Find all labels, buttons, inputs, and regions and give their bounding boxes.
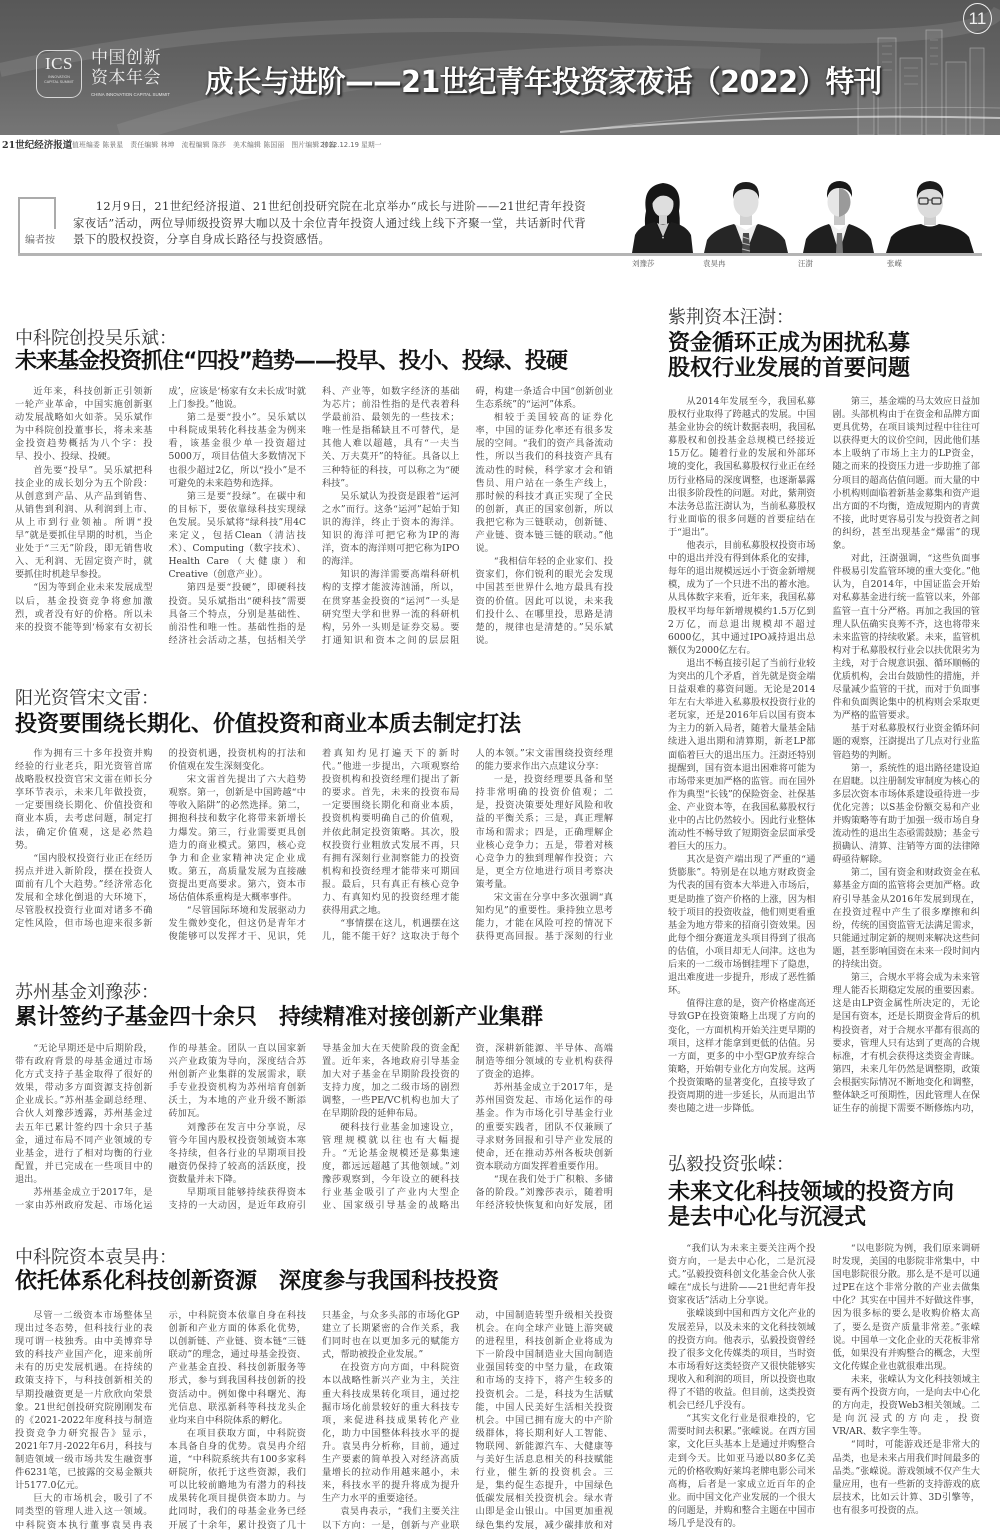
note-divider [18,253,982,256]
logo-cn-line-2: 资本年会 [91,69,161,89]
article-headline: 未来文化科技领域的投资方向 是去中心化与沉浸式 [668,1180,954,1230]
paragraph: 其次是资产端出现了严重的“通货膨胀”。特别是在以地方财政资金为代表的国有资本大举… [668,853,816,997]
logo-chinese-name: 中国创新 资本年会 [91,49,161,88]
headline-line: 是去中心化与沉浸式 [668,1205,954,1230]
paragraph: 未来，张嵘认为文化科技领域主要有两个投资方向，一是向去中心化的方向走，投资Web… [833,1373,981,1438]
paragraph: “以电影院为例，我们原来调研时发现，美国的电影院非常集中，中国电影院很分散。那么… [833,1242,981,1373]
paragraph: 苏州基金成立于2017年，是苏州国资发起、市场化运作的母基金。作为市场化引导基金… [476,1081,614,1173]
paragraph: “同时，可能游戏还是非常大的品类，也是未来占用我们时间最多的品类。”张嵘说。游戏… [833,1438,981,1517]
logo-abbreviation: ICS [37,55,81,73]
page-number: 11 [963,3,992,34]
editor-credits: 值班编委 陈景星 责任编辑 林坤 流程编辑 陈莎 美术编辑 陈国丽 图片编辑 甘… [72,139,336,149]
headline-line: 未来基金投资抓住“四投”趋势——投早、投小、投绿、投硬 [15,349,567,374]
headline-line: 依托体系化科技创新资源 深度参与我国科技投资 [15,1269,499,1294]
headline-line: 资金循环正成为困扰私募 [668,331,910,356]
article-body: 近年来，科技创新正引领新一轮产业革命，中国实施创新驱动发展战略如火如荼。吴乐斌作… [15,385,613,647]
article-headline: 累计签约子基金四十余只 持续精准对接创新产业集群 [15,1005,543,1030]
paragraph: 尽管一二级资本市场整体呈现出过冬态势，但科技行业的表现可谓一枝独秀。由中美博弈导… [15,1309,153,1492]
logo-tagline: INNOVATION CAPITAL SUMMIT [43,75,75,84]
paragraph: 值得注意的是，资产价格虚高还导致GP在投资策略上出现了方向的变化，一方面机构开始… [668,997,816,1115]
paragraph: 一是，投资经理要具备和坚持非常明确的投资价值观；二是，投资决策要处理好风险和收益… [476,773,614,891]
headline-line: 投资要围绕长期化、价值投资和商业本质去制定打法 [15,712,521,737]
paragraph: 作为拥有三十多年投资并购经验的行业老兵，阳光资管首席战略股权投资官宋文雷在师长分… [15,747,153,852]
article-headline: 依托体系化科技创新资源 深度参与我国科技投资 [15,1269,499,1294]
paragraph: 宋文雷首先提出了六大趋势观察。第一，创新是中国跨越“中等收入陷阱”的必然选择。第… [169,773,307,904]
headline-line: 未来文化科技领域的投资方向 [668,1180,954,1205]
editor-note-label: 编者按 [25,231,55,246]
article-body: “无论早期还是中后期阶段，带有政府背景的母基金通过市场化方式支持子基金取得了很好… [15,1042,613,1212]
article-byline: 中科院创投吴乐斌： [15,329,177,349]
paragraph: 刘豫莎在发言中分享说，尽管今年国内股权投资领域资本寒冬持续，但各行业的早期项目投… [169,1121,307,1186]
article-body: 从2014年发展至今，我国私募股权行业取得了跨越式的发展。中国基金业协会的统计数… [668,395,980,1116]
paragraph: 第二，国有资金和财政资金在私募基金方面的监管将会更加严格。政府引导基金从2016… [833,866,981,971]
paragraph: 第三是要“投绿”。在碳中和的目标下，要依靠绿科技实现绿色发展。吴乐斌将“绿科技”… [169,490,307,582]
note-frame-right [54,197,56,229]
paragraph: “无论早期还是中后期阶段，带有政府背景的母基金通过市场化方式支持子基金取得了很好… [15,1042,153,1186]
photo-caption: 袁昊冉 [703,258,726,269]
paragraph: 第一，系统性的退出路径建设迫在眉睫。以注册制发审制度为核心的多层次资本市场体系建… [833,762,981,867]
ics-logo: ICS INNOVATION CAPITAL SUMMIT [36,50,82,98]
photo-caption: 张嵘 [887,258,902,269]
portrait-photo [630,177,695,253]
article-headline: 未来基金投资抓住“四投”趋势——投早、投小、投绿、投硬 [15,349,567,374]
article-byline: 弘毅投资张嵘： [668,1155,794,1175]
paragraph: 在投资方向方面，中科院资本以战略性新兴产业为主，关注重大科技成果转化项目，通过挖… [322,1361,460,1505]
headline-line: 股权行业发展的首要问题 [668,356,910,381]
article-headline: 投资要围绕长期化、价值投资和商业本质去制定打法 [15,712,521,737]
paragraph: 近年来，科技创新正引领新一轮产业革命，中国实施创新驱动发展战略如火如荼。吴乐斌作… [15,385,153,464]
paragraph: “其实文化行业是很难投的，它需要时间去积累。”张嵘说。在西方国家，文化巨头基本上… [668,1412,816,1530]
page-banner: ICS INNOVATION CAPITAL SUMMIT 中国创新 资本年会 … [0,0,1000,135]
editor-note-text: 12月9日，21世纪经济报道、21世纪创投研究院在北京举办“成长与进阶——21世… [73,198,586,248]
paragraph: 首先要“投早”。吴乐斌把科技企业的成长划分为五个阶段：从创意到产品、从产品到销售… [15,464,153,582]
paragraph: 第二是要“投小”。吴乐斌以中科院成果转化科技基金为例来看，该基金很少单一投资超过… [169,411,307,490]
paragraph: 对此，汪澍强调，“这些负面事件极易引发监管环境的重大变化。”他认为，自2014年… [833,552,981,722]
article-byline: 紫荆资本汪澍： [668,308,794,328]
newspaper-name: 21世纪经济报道 [2,137,72,151]
photo-caption: 刘豫莎 [632,258,655,269]
article-body: 作为拥有三十多年投资并购经验的行业老兵，阳光资管首席战略股权投资官宋文雷在师长分… [15,747,613,944]
portrait-photo [802,177,875,253]
article-byline: 苏州基金刘豫莎： [15,983,159,1003]
paragraph: 他表示，目前私募股权投资市场中的退出并没有得到体系化的安排，每年的退出规模远远小… [668,539,816,657]
note-frame-top [18,197,56,199]
portrait-photo [702,177,790,253]
issue-date: 2022.12.19 星期一 [320,139,381,149]
paragraph: 退出不畅直接引起了当前行业较为突出的几个矛盾，首先就是资金端日益艰难的募资问题。… [668,657,816,853]
photo-caption: 汪澍 [798,258,813,269]
paragraph: 吴乐斌认为投资是跟着“运河之水”而行。这条“运河”起始于知识的海洋，终止于资本的… [322,490,460,569]
headline-line: 累计签约子基金四十余只 持续精准对接创新产业集群 [15,1005,543,1030]
paragraph: 第三，基金端的马太效应日益加剧。头部机构由于在资金和品牌方面更具优势，在项目谈判… [833,395,981,552]
note-frame-left [18,197,20,255]
paragraph: 基于对私募股权行业资金循环问题的观察，汪澍提出了几点对行业监管趋势的判断。 [833,722,981,761]
paragraph: 张嵘谈到中国和西方文化产业的发展差异，以及未来的文化科技领域的投资方向。他表示，… [668,1307,816,1412]
article-body: “我们认为未来主要关注两个投资方向，一是去中心化，二是沉浸式。”弘毅投资科创文化… [668,1242,980,1530]
paragraph: 从2014年发展至今，我国私募股权行业取得了跨越式的发展。中国基金业协会的统计数… [668,395,816,539]
paragraph: “我相信年轻的企业家们、投资家们，你们锐利的眼光会发现中国甚至世界什么地方最具有… [476,555,614,647]
paragraph: “我们认为未来主要关注两个投资方向，一是去中心化，二是沉浸式。”弘毅投资科创文化… [668,1242,816,1307]
article-byline: 中科院资本袁昊冉： [15,1248,177,1268]
article-body: 尽管一二级资本市场整体呈现出过冬态势，但科技行业的表现可谓一枝独秀。由中美博弈导… [15,1309,613,1532]
portrait-photo [885,177,975,253]
logo-cn-line-1: 中国创新 [91,49,161,69]
article-headline: 资金循环正成为困扰私募 股权行业发展的首要问题 [668,331,910,381]
paragraph: 相较于美国较高的证券化率，中国的证券化率还有很多发展的空间。“我们的资产具备流动… [476,411,614,555]
article-byline: 阳光资管宋文雷： [15,689,159,709]
logo-english-name: CHINA INNOVATION CAPITAL SUMMIT [91,92,170,97]
special-issue-title: 成长与进阶——21世纪青年投资家夜话（2022）特刊 [205,57,882,101]
